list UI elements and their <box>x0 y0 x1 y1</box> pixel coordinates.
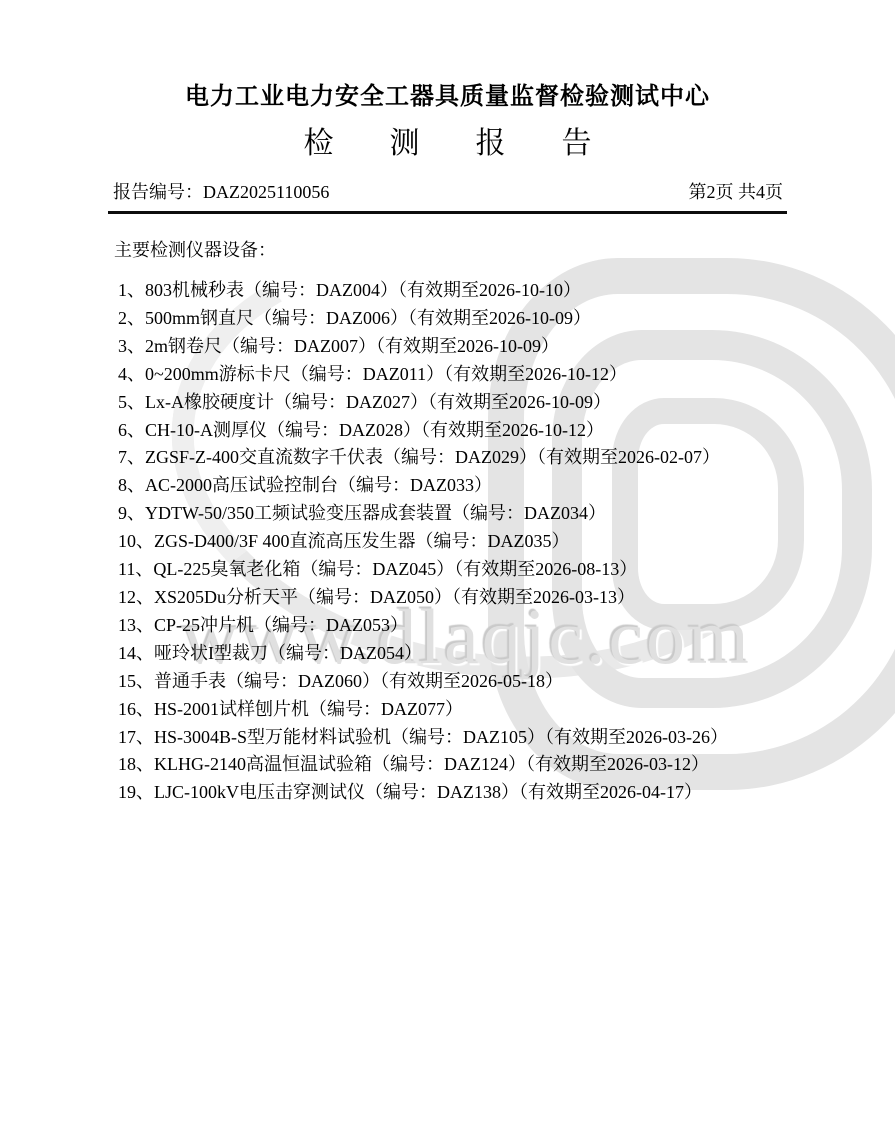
equipment-list-item: 8、AC-2000高压试验控制台（编号：DAZ033） <box>118 472 855 500</box>
equipment-list-item: 11、QL-225臭氧老化箱（编号：DAZ045）（有效期至2026-08-13… <box>118 556 855 584</box>
report-number: 报告编号：DAZ2025110056 <box>113 178 329 204</box>
equipment-list-item: 18、KLHG-2140高温恒温试验箱（编号：DAZ124）（有效期至2026-… <box>118 751 855 779</box>
header-divider-line <box>108 211 787 214</box>
equipment-list-item: 19、LJC-100kV电压击穿测试仪（编号：DAZ138）（有效期至2026-… <box>118 779 855 807</box>
report-page: www.dlaqjc.com 电力工业电力安全工器具质量监督检验测试中心 检测报… <box>0 0 895 1141</box>
page-indicator: 第2页 共4页 <box>689 178 784 204</box>
report-number-value: DAZ2025110056 <box>203 182 329 202</box>
equipment-list-item: 3、2m钢卷尺（编号：DAZ007）（有效期至2026-10-09） <box>118 333 855 361</box>
equipment-list: 1、803机械秒表（编号：DAZ004）（有效期至2026-10-10）2、50… <box>118 277 855 807</box>
equipment-list-item: 4、0~200mm游标卡尺（编号：DAZ011）（有效期至2026-10-12） <box>118 361 855 389</box>
org-name-title: 电力工业电力安全工器具质量监督检验测试中心 <box>0 76 895 111</box>
equipment-list-item: 17、HS-3004B-S型万能材料试验机（编号：DAZ105）（有效期至202… <box>118 724 855 752</box>
report-content: 电力工业电力安全工器具质量监督检验测试中心 检测报告 报告编号：DAZ20251… <box>0 0 895 1141</box>
equipment-list-item: 12、XS205Du分析天平（编号：DAZ050）（有效期至2026-03-13… <box>118 584 855 612</box>
equipment-list-item: 14、哑玲状I型裁刀（编号：DAZ054） <box>118 640 855 668</box>
equipment-list-item: 1、803机械秒表（编号：DAZ004）（有效期至2026-10-10） <box>118 277 855 305</box>
equipment-list-item: 13、CP-25冲片机（编号：DAZ053） <box>118 612 855 640</box>
equipment-list-item: 7、ZGSF-Z-400交直流数字千伏表（编号：DAZ029）（有效期至2026… <box>118 444 855 472</box>
equipment-list-item: 16、HS-2001试样刨片机（编号：DAZ077） <box>118 696 855 724</box>
equipment-list-item: 9、YDTW-50/350工频试验变压器成套装置（编号：DAZ034） <box>118 500 855 528</box>
equipment-list-item: 10、ZGS-D400/3F 400直流高压发生器（编号：DAZ035） <box>118 528 855 556</box>
meta-row: 报告编号：DAZ2025110056 第2页 共4页 <box>113 178 783 204</box>
equipment-list-item: 6、CH-10-A测厚仪（编号：DAZ028）（有效期至2026-10-12） <box>118 417 855 445</box>
equipment-list-item: 15、普通手表（编号：DAZ060）（有效期至2026-05-18） <box>118 668 855 696</box>
equipment-list-item: 5、Lx-A橡胶硬度计（编号：DAZ027）（有效期至2026-10-09） <box>118 389 855 417</box>
report-number-label: 报告编号： <box>113 182 203 202</box>
report-title: 检测报告 <box>28 118 895 162</box>
section-heading: 主要检测仪器设备： <box>114 236 276 262</box>
equipment-list-item: 2、500mm钢直尺（编号：DAZ006）（有效期至2026-10-09） <box>118 305 855 333</box>
